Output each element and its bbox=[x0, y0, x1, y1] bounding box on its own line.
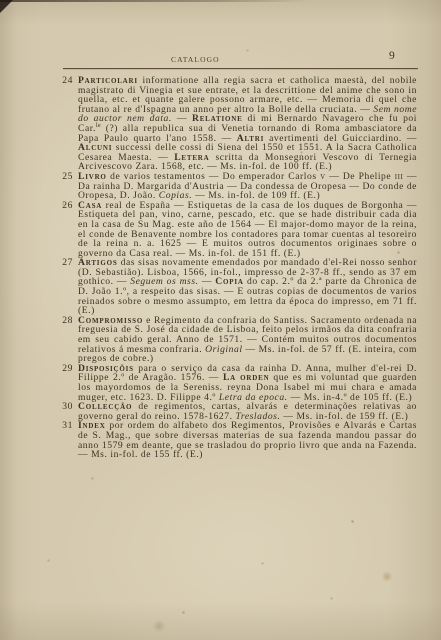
entry-number: 28 bbox=[59, 316, 73, 326]
entry-number: 24 bbox=[59, 76, 73, 86]
entry-number: 29 bbox=[59, 364, 73, 374]
catalog-entry: 24Particolari informatione alla regia sa… bbox=[59, 76, 417, 172]
catalog-entry: 28Compromisso e Regimento da confraria d… bbox=[59, 316, 417, 364]
catalog-entry: 29Disposiçõis para o serviço da casa da … bbox=[59, 364, 417, 402]
catalog-entry: 26Casa real de España — Estiquetas de la… bbox=[59, 201, 417, 259]
catalog-entry: 30Collecção de regimentos, cartas, alvar… bbox=[59, 402, 417, 421]
page-number: 9 bbox=[389, 50, 395, 62]
catalog-entries: 24Particolari informatione alla regia sa… bbox=[59, 76, 417, 460]
entry-number: 25 bbox=[59, 172, 73, 182]
entry-text-segment: real de España — Estiquetas de la casa d… bbox=[78, 200, 417, 259]
scanned-page: CATALOGO 9 24Particolari informatione al… bbox=[0, 0, 441, 640]
catalog-entry: 25Livro de varios testamentos — Do emper… bbox=[59, 172, 417, 201]
header-rule bbox=[63, 68, 418, 69]
entry-number: 27 bbox=[59, 258, 73, 268]
catalog-entry: 31Index por ordem do alfabeto dos Regime… bbox=[59, 421, 417, 459]
paper-stain bbox=[152, 620, 166, 632]
entry-number: 31 bbox=[59, 421, 73, 431]
paper-stain bbox=[381, 571, 393, 582]
page-header-title: CATALOGO bbox=[171, 55, 220, 64]
entry-number: 30 bbox=[59, 402, 73, 412]
entry-number: 26 bbox=[59, 201, 73, 211]
entry-text-segment: Original bbox=[205, 344, 242, 355]
catalog-entry: 27Artigos das sisas novamente emendados … bbox=[59, 258, 417, 316]
scan-corner-artifact bbox=[0, 0, 13, 13]
scan-edge-artifact bbox=[0, 0, 310, 2]
entry-text-segment: por ordem do alfabeto dos Regimentos, Pr… bbox=[78, 420, 417, 460]
